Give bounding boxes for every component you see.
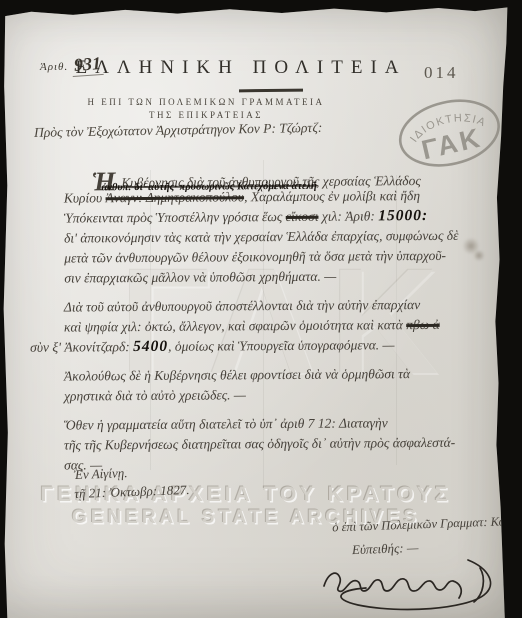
handwritten-paragraph: Διὰ τοῦ αὐτοῦ ἀνθυπουργοῦ ἀποστέλλονται … xyxy=(64,294,504,357)
signature xyxy=(300,550,518,618)
handwritten-segment: χιλ: Ἀριθ: xyxy=(318,208,378,223)
handwritten-segment: δι' ἀποικονόμησιν τὰς κατὰ τὴν χερσαίαν … xyxy=(64,228,458,246)
handwritten-segment: , ὁμοίως καὶ Ὑπουργεῖα ὑπογραφόμενα. — xyxy=(168,337,395,354)
handwritten-line: καὶ ψηφία χιλ: ὀκτώ, ἄλλεγον, καὶ σφαιρῶ… xyxy=(64,314,504,337)
handwritten-segment: εἴκοσι xyxy=(286,209,319,224)
handwritten-segment: Ὑπόκεινται πρὸς Ὑποστέλλην γρόσια ἕως xyxy=(64,209,286,226)
letterhead-office-line1: Η ΕΠΙ ΤΩΝ ΠΟΛΕΜΙΚΩΝ ΓΡΑΜΜΑΤΕΙΑ xyxy=(0,97,412,107)
handwritten-segment: Διὰ τοῦ αὐτοῦ ἀνθυπουργοῦ ἀποστέλλονται … xyxy=(64,297,420,314)
handwritten-line: τῆς τῆς Κυβερνήσεως διατηρεῖται σας ὁδηγ… xyxy=(64,432,504,455)
handwritten-line: σιν ἐπαρχιακῶς μᾶλλον νὰ ὑποθῶσι χρηθήμα… xyxy=(64,265,504,288)
handwritten-segment: Ὅθεν ἡ γραμματεία αὕτη διατελεῖ τὸ ὑπ᾽ ἀ… xyxy=(64,415,388,432)
dateline-date: τῇ 21: Ὀκτωβρ: 1827. xyxy=(74,480,190,503)
handwritten-segment: χρηστικὰ διὰ τὸ αὐτὸ χρειῶδες. — xyxy=(64,387,246,403)
handwritten-segment: σιν ἐπαρχιακῶς μᾶλλον νὰ ὑποθῶσι χρηθήμα… xyxy=(64,269,336,286)
handwritten-line: μετὰ τῶν ἀνθυπουργῶν θέλουν ἐξοικονομηθῆ… xyxy=(64,245,504,268)
handwritten-paragraph: Ἀκολούθως δὲ ἡ Κυβέρνησις θέλει φροντίσε… xyxy=(64,363,504,406)
page-number-stamp: 014 xyxy=(424,63,459,83)
handwritten-paragraph: ἩΚυβέρνησις διὰ τοῦ ἀνθυπουργοῦ τῆς χερσ… xyxy=(64,165,505,288)
body-text: ἩΚυβέρνησις διὰ τοῦ ἀνθυπουργοῦ τῆς χερσ… xyxy=(30,167,504,483)
title-rule xyxy=(239,89,303,93)
handwritten-segment: Ἀκολούθως δὲ ἡ Κυβέρνησις θέλει φροντίσε… xyxy=(64,366,410,383)
dateline: Ἐν Αἰγίνῃ. τῇ 21: Ὀκτωβρ: 1827. xyxy=(73,461,189,503)
handwritten-segment: 5400 xyxy=(133,338,168,355)
handwritten-segment: μετὰ τῶν ἀνθυπουργῶν θέλουν ἐξοικονομηθῆ… xyxy=(64,248,446,266)
handwritten-segment: τῆς τῆς Κυβερνήσεως διατηρεῖται σας ὁδηγ… xyxy=(64,435,455,453)
handwritten-segment: πβω ἀ xyxy=(406,317,440,332)
page-title: ΕΛΛΗΝΙΚΗ ΠΟΛΙΤΕΙΑ xyxy=(0,57,482,79)
handwritten-segment: 15000: xyxy=(378,207,428,224)
handwritten-segment: Ἀναγν: Δημητρακοπούλουἀνθυπ: δι' αὐτῆς· … xyxy=(106,189,245,205)
document-paper: ΓΑΚ Ἀριθ. 931 ΕΛΛΗΝΙΚΗ ΠΟΛΙΤΕΙΑ 014 Η ΕΠ… xyxy=(0,0,522,618)
addressee-line: Πρὸς τὸν Ἐξοχώτατον Ἀρχιστράτηγον Κον Ρ:… xyxy=(34,119,364,141)
signature-flourish xyxy=(300,550,518,614)
handwritten-segment: καὶ ψηφία χιλ: ὀκτώ, ἄλλεγον, καὶ σφαιρῶ… xyxy=(64,317,406,334)
inserted-correction: ἀνθυπ: δι' αὐτῆς· προσωρινῶς Κατεχόμενα … xyxy=(101,177,316,199)
handwritten-line: χρηστικὰ διὰ τὸ αὐτὸ χρειῶδες. — xyxy=(64,383,504,406)
scan-background: ΓΑΚ Ἀριθ. 931 ΕΛΛΗΝΙΚΗ ΠΟΛΙΤΕΙΑ 014 Η ΕΠ… xyxy=(0,0,522,618)
handwritten-segment: σὺν ξ' Ἀκονίτζαρδ: xyxy=(30,339,133,355)
handwritten-line: σὺν ξ' Ἀκονίτζαρδ: 5400, ὁμοίως καὶ Ὑπου… xyxy=(30,334,504,357)
